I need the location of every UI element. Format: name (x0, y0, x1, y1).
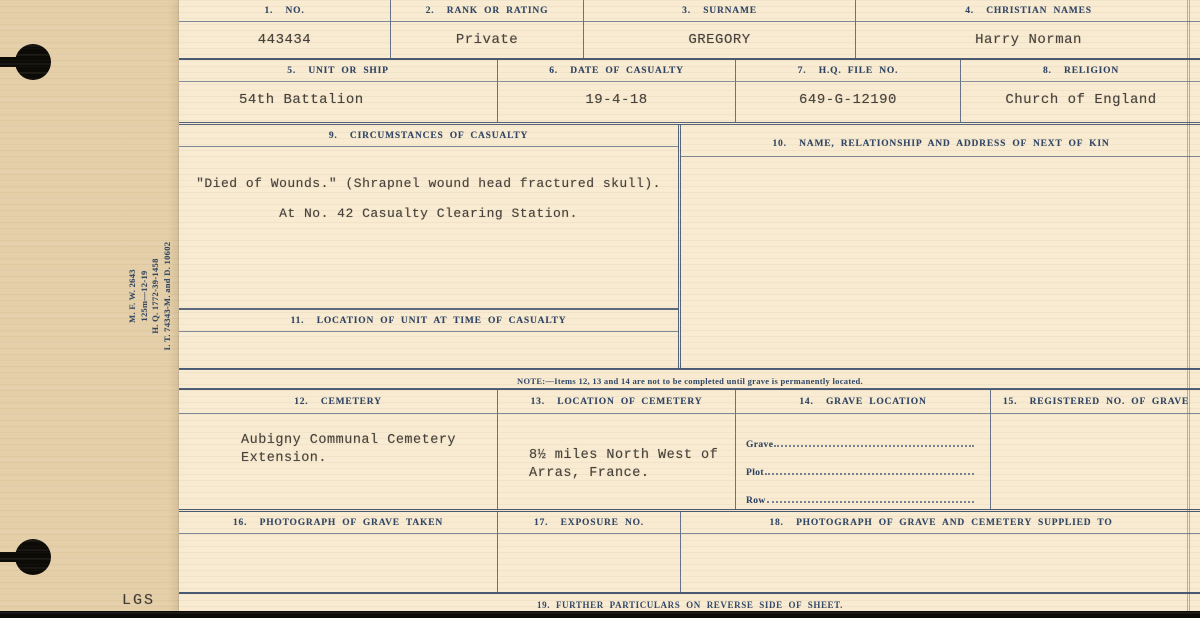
note-band: NOTE:—Items 12, 13 and 14 are not to be … (179, 368, 1200, 388)
photograph-section-row: 16. PHOTOGRAPH OF GRAVE TAKEN 17. EXPOSU… (179, 512, 1200, 592)
field-unit-location-label: 11. LOCATION OF UNIT AT TIME OF CASUALTY (179, 310, 678, 332)
margin-initials: LGS (122, 592, 155, 609)
row-row: Row (746, 478, 976, 506)
field-circumstances-label: 9. CIRCUMSTANCES OF CASUALTY (179, 125, 678, 147)
dotted-leader (774, 445, 974, 447)
field-christian-names: 4. CHRISTIAN NAMES Harry Norman (856, 0, 1200, 58)
field-registered-no-label: 15. REGISTERED NO. OF GRAVE (991, 390, 1200, 414)
field-no-value: 443434 (179, 22, 390, 58)
field-date-of-casualty-label: 6. DATE OF CASUALTY (498, 60, 735, 82)
field-circumstances: 9. CIRCUMSTANCES OF CASUALTY "Died of Wo… (179, 125, 681, 368)
further-particulars-band: 19. FURTHER PARTICULARS ON REVERSE SIDE … (179, 592, 1200, 612)
field-date-of-casualty-value: 19-4-18 (498, 82, 735, 118)
plot-row-label: Plot (746, 468, 764, 478)
grave-row-label: Grave (746, 440, 773, 450)
field-unit-or-ship-label: 5. UNIT OR SHIP (179, 60, 497, 82)
grave-row: Grave (746, 422, 976, 450)
plot-row: Plot (746, 450, 976, 478)
field-surname: 3. SURNAME GREGORY (584, 0, 856, 58)
field-grave-location-label: 14. GRAVE LOCATION (736, 390, 990, 414)
field-photo-supplied-label: 18. PHOTOGRAPH OF GRAVE AND CEMETERY SUP… (681, 512, 1200, 534)
field-no: 1. NO. 443434 (179, 0, 391, 58)
field-photo-supplied: 18. PHOTOGRAPH OF GRAVE AND CEMETERY SUP… (681, 512, 1200, 592)
field-unit-or-ship-value: 54th Battalion (179, 82, 497, 118)
punch-hole-bottom-slot (0, 552, 25, 562)
field-cemetery-location-label: 13. LOCATION OF CEMETERY (498, 390, 735, 414)
field-unit-or-ship: 5. UNIT OR SHIP 54th Battalion (179, 60, 498, 122)
field-exposure-no: 17. EXPOSURE NO. (498, 512, 681, 592)
field-grave-location: 14. GRAVE LOCATION Grave Plot Row (736, 390, 991, 509)
field-cemetery-location: 13. LOCATION OF CEMETERY 8½ miles North … (498, 390, 736, 509)
field-unit-location: 11. LOCATION OF UNIT AT TIME OF CASUALTY (179, 308, 678, 332)
right-edge-rule (1187, 0, 1191, 612)
field-next-of-kin: 10. NAME, RELATIONSHIP AND ADDRESS OF NE… (681, 125, 1200, 368)
field-rank: 2. RANK OR RATING Private (391, 0, 584, 58)
field-christian-names-label: 4. CHRISTIAN NAMES (856, 0, 1200, 22)
field-no-label: 1. NO. (179, 0, 390, 22)
dotted-leader (767, 501, 974, 503)
field-surname-value: GREGORY (584, 22, 855, 58)
header-row-2: 5. UNIT OR SHIP 54th Battalion 6. DATE O… (179, 60, 1200, 122)
field-circumstances-value: "Died of Wounds." (Shrapnel wound head f… (179, 147, 678, 229)
casualty-record-sheet: M. F. W. 2643 125m—12-19 H. Q. 1772-39-1… (0, 0, 1200, 618)
field-religion-label: 8. RELIGION (961, 60, 1200, 82)
grave-location-lines: Grave Plot Row (736, 414, 990, 506)
field-hq-file-no-value: 649-G-12190 (736, 82, 960, 118)
field-hq-file-no: 7. H.Q. FILE NO. 649-G-12190 (736, 60, 961, 122)
scan-edge-bar (0, 611, 1200, 618)
field-exposure-no-label: 17. EXPOSURE NO. (498, 512, 680, 534)
row-row-label: Row (746, 496, 766, 506)
form-card: 1. NO. 443434 2. RANK OR RATING Private … (178, 0, 1200, 612)
field-photo-taken-label: 16. PHOTOGRAPH OF GRAVE TAKEN (179, 512, 497, 534)
field-rank-label: 2. RANK OR RATING (391, 0, 583, 22)
field-rank-value: Private (391, 22, 583, 58)
field-religion-value: Church of England (961, 82, 1200, 118)
dotted-leader (765, 473, 974, 475)
field-christian-names-value: Harry Norman (856, 22, 1200, 58)
field-registered-no: 15. REGISTERED NO. OF GRAVE (991, 390, 1200, 509)
punch-hole-top-slot (0, 57, 25, 67)
middle-section: 9. CIRCUMSTANCES OF CASUALTY "Died of Wo… (179, 122, 1200, 368)
field-photo-taken: 16. PHOTOGRAPH OF GRAVE TAKEN (179, 512, 498, 592)
field-religion: 8. RELIGION Church of England (961, 60, 1200, 122)
field-surname-label: 3. SURNAME (584, 0, 855, 22)
field-next-of-kin-label: 10. NAME, RELATIONSHIP AND ADDRESS OF NE… (681, 125, 1200, 157)
field-date-of-casualty: 6. DATE OF CASUALTY 19-4-18 (498, 60, 736, 122)
header-row-1: 1. NO. 443434 2. RANK OR RATING Private … (179, 0, 1200, 60)
printer-stamp: M. F. W. 2643 125m—12-19 H. Q. 1772-39-1… (127, 186, 173, 406)
field-cemetery-label: 12. CEMETERY (179, 390, 497, 414)
grave-section-row: 12. CEMETERY Aubigny Communal Cemetery E… (179, 388, 1200, 512)
field-cemetery: 12. CEMETERY Aubigny Communal Cemetery E… (179, 390, 498, 509)
field-hq-file-no-label: 7. H.Q. FILE NO. (736, 60, 960, 82)
field-cemetery-value: Aubigny Communal Cemetery Extension. (179, 414, 497, 468)
field-cemetery-location-value: 8½ miles North West of Arras, France. (498, 414, 735, 483)
